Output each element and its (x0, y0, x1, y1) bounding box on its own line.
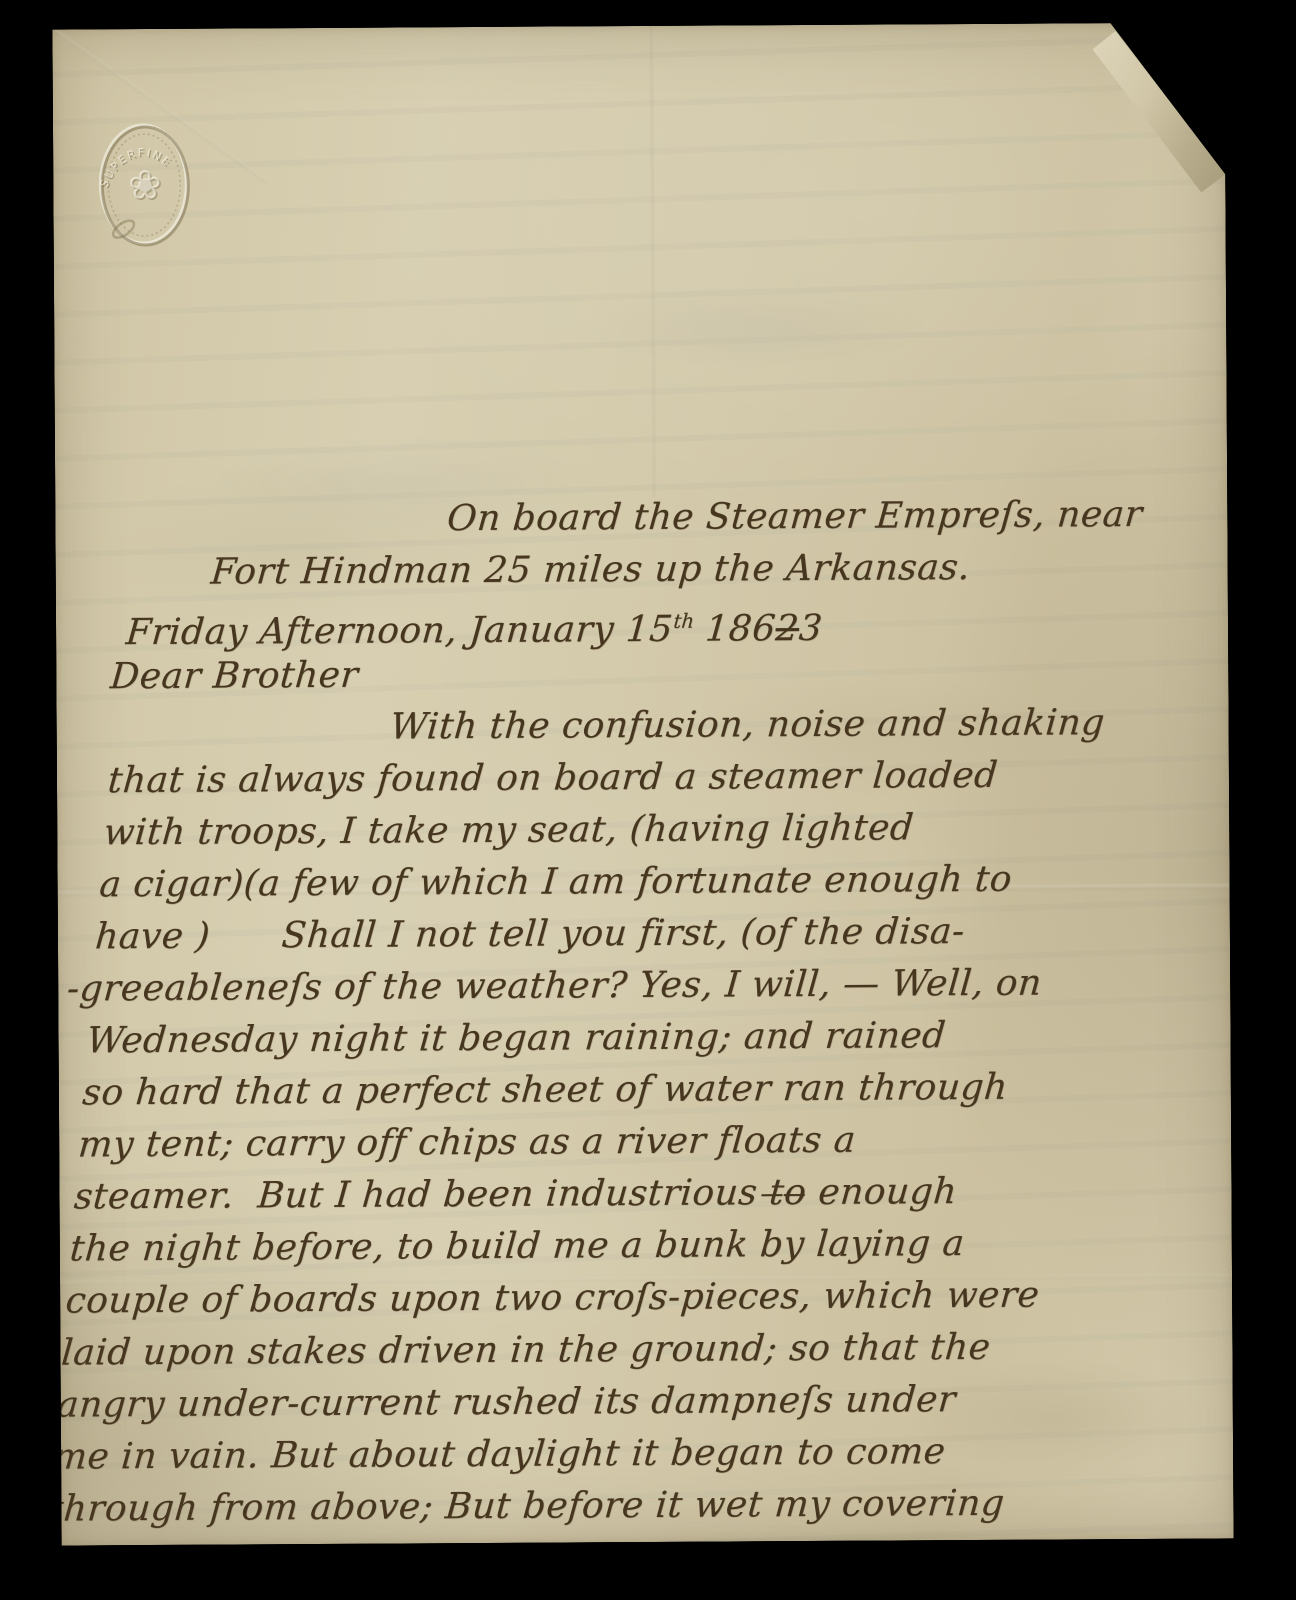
letter-line: so hard that a perfect sheet of water ra… (80, 1061, 1152, 1120)
letter-line: have ) Shall I not tell you first, (of t… (93, 905, 1165, 964)
letter-line: laid upon stakes driven in the ground; s… (59, 1321, 1131, 1380)
date-year-final-digit: 3 (797, 608, 824, 649)
flower-icon: ❀ (128, 162, 162, 208)
letter-line: angry under-current rushed its dampneſs … (55, 1373, 1127, 1432)
letter-line: steamer. But I had been industrious t̶o̶… (72, 1165, 1144, 1224)
vertical-crease (650, 26, 656, 496)
letter-line: couple of boards upon two croſs-pieces, … (64, 1269, 1136, 1328)
date-ordinal: th (673, 610, 696, 633)
date-year-struck-digit: 2 (774, 608, 801, 649)
heading-fort-line: Fort Hindman 25 miles up the Arkansas. (209, 541, 1195, 599)
letter-line: with troops, I take my seat, (having lig… (102, 801, 1174, 860)
heading-location-line: On board the Steamer Empreſs, near (445, 489, 1199, 546)
letter-line: a cigar)(a few of which I am fortunate e… (97, 853, 1169, 912)
letter-line: my tent; carry off chips as a river floa… (76, 1113, 1148, 1172)
letter-line: Wednesday night it began raining; and ra… (85, 1009, 1157, 1068)
folded-corner (1092, 22, 1225, 198)
letter-page: SUPERFINE SUPERFINE ❀ ❀ On board the Ste… (52, 22, 1233, 1545)
letter-line: that is always found on board a steamer … (106, 749, 1178, 808)
letter-line: me in vain. But about daylight it began … (51, 1425, 1123, 1484)
salutation: Dear Brother (108, 645, 1186, 704)
stamp-ornament (110, 217, 137, 241)
date-text: Friday Afternoon, January 15 (124, 609, 674, 653)
date-year-prefix: 186 (692, 608, 777, 650)
letter-text: On board the Steamer Empreſs, near Fort … (17, 489, 1200, 1536)
letter-line: With the confusion, noise and shaking (388, 697, 1182, 754)
letter-line: -greeableneſs of the weather? Yes, I wil… (65, 957, 1161, 1016)
scan-background: SUPERFINE SUPERFINE ❀ ❀ On board the Ste… (0, 0, 1296, 1600)
letter-line: the night before, to build me a bunk by … (68, 1217, 1140, 1276)
heading-date-line: Friday Afternoon, January 15th 18623 (125, 593, 1191, 652)
letter-line: through from above; But before it wet my… (47, 1477, 1119, 1536)
embossed-stamp: SUPERFINE SUPERFINE ❀ ❀ (91, 113, 196, 260)
